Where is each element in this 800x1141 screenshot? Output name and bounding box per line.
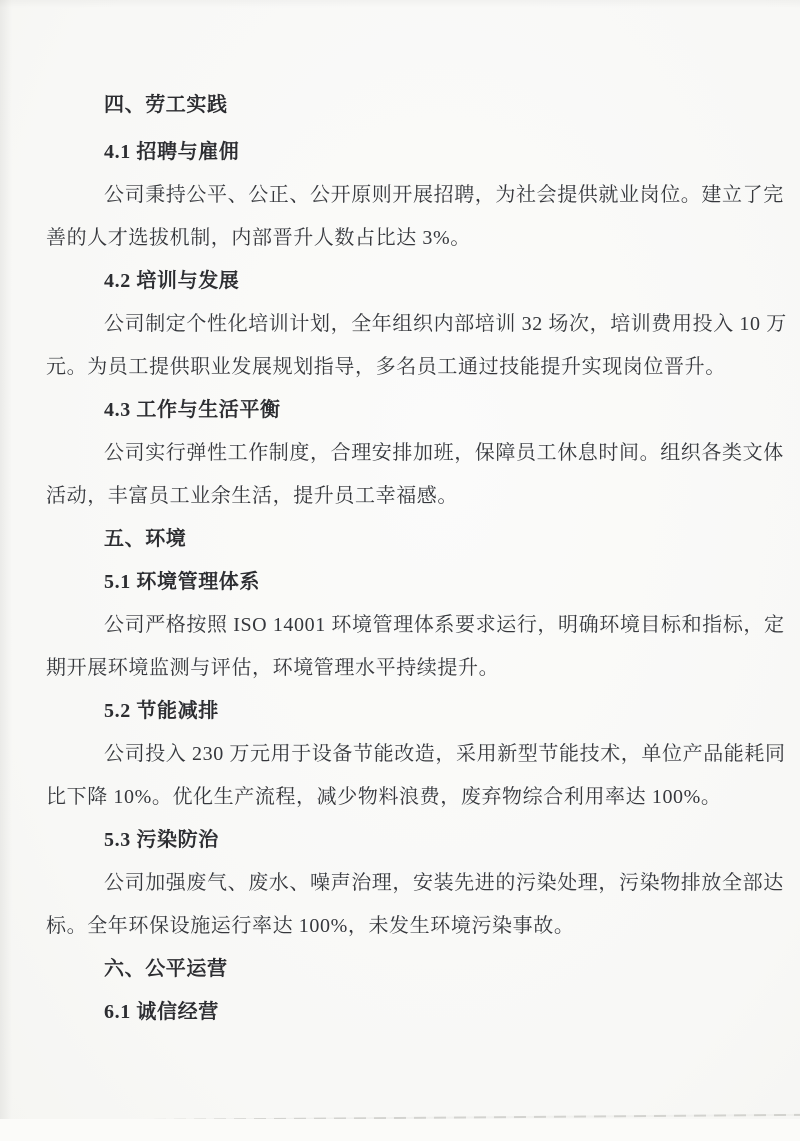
paragraph-line: 善的人才选拔机制，内部晋升人数占比达 3%。 [46,217,758,260]
scan-top-shadow [0,0,800,8]
paragraph-line: 公司实行弹性工作制度，合理安排加班，保障员工休息时间。组织各类文体 [46,432,758,475]
section-heading-fair-operation: 六、公平运营 [46,948,758,991]
document-content: 四、劳工实践 4.1 招聘与雇佣 公司秉持公平、公正、公开原则开展招聘，为社会提… [46,84,758,1034]
scan-left-shadow [0,0,12,1141]
scanned-document-page: 四、劳工实践 4.1 招聘与雇佣 公司秉持公平、公正、公开原则开展招聘，为社会提… [0,0,800,1141]
paragraph-line: 元。为员工提供职业发展规划指导，多名员工通过技能提升实现岗位晋升。 [46,346,758,389]
section-heading-environment: 五、环境 [46,518,758,561]
paragraph-line: 公司投入 230 万元用于设备节能改造，采用新型节能技术，单位产品能耗同 [46,733,758,776]
subsection-heading-training: 4.2 培训与发展 [46,260,758,303]
paragraph-line: 比下降 10%。优化生产流程，减少物料浪费，废弃物综合利用率达 100%。 [46,776,758,819]
paragraph-line: 公司秉持公平、公正、公开原则开展招聘，为社会提供就业岗位。建立了完 [46,174,758,217]
section-heading-labor-practices: 四、劳工实践 [46,84,758,127]
paragraph-line: 公司制定个性化培训计划，全年组织内部培训 32 场次，培训费用投入 10 万 [46,303,758,346]
subsection-heading-recruitment: 4.1 招聘与雇佣 [46,131,758,174]
subsection-heading-energy-saving: 5.2 节能减排 [46,690,758,733]
subsection-heading-work-life-balance: 4.3 工作与生活平衡 [46,389,758,432]
paragraph-line: 期开展环境监测与评估，环境管理水平持续提升。 [46,647,758,690]
paragraph-line: 活动，丰富员工业余生活，提升员工幸福感。 [46,475,758,518]
area-below-page-edge [0,1119,800,1141]
subsection-heading-pollution-control: 5.3 污染防治 [46,819,758,862]
subsection-heading-integrity-management: 6.1 诚信经营 [46,991,758,1034]
paragraph-line: 公司严格按照 ISO 14001 环境管理体系要求运行，明确环境目标和指标，定 [46,604,758,647]
paragraph-line: 标。全年环保设施运行率达 100%，未发生环境污染事故。 [46,905,758,948]
paragraph-line: 公司加强废气、废水、噪声治理，安装先进的污染处理，污染物排放全部达 [46,862,758,905]
subsection-heading-env-management-system: 5.1 环境管理体系 [46,561,758,604]
